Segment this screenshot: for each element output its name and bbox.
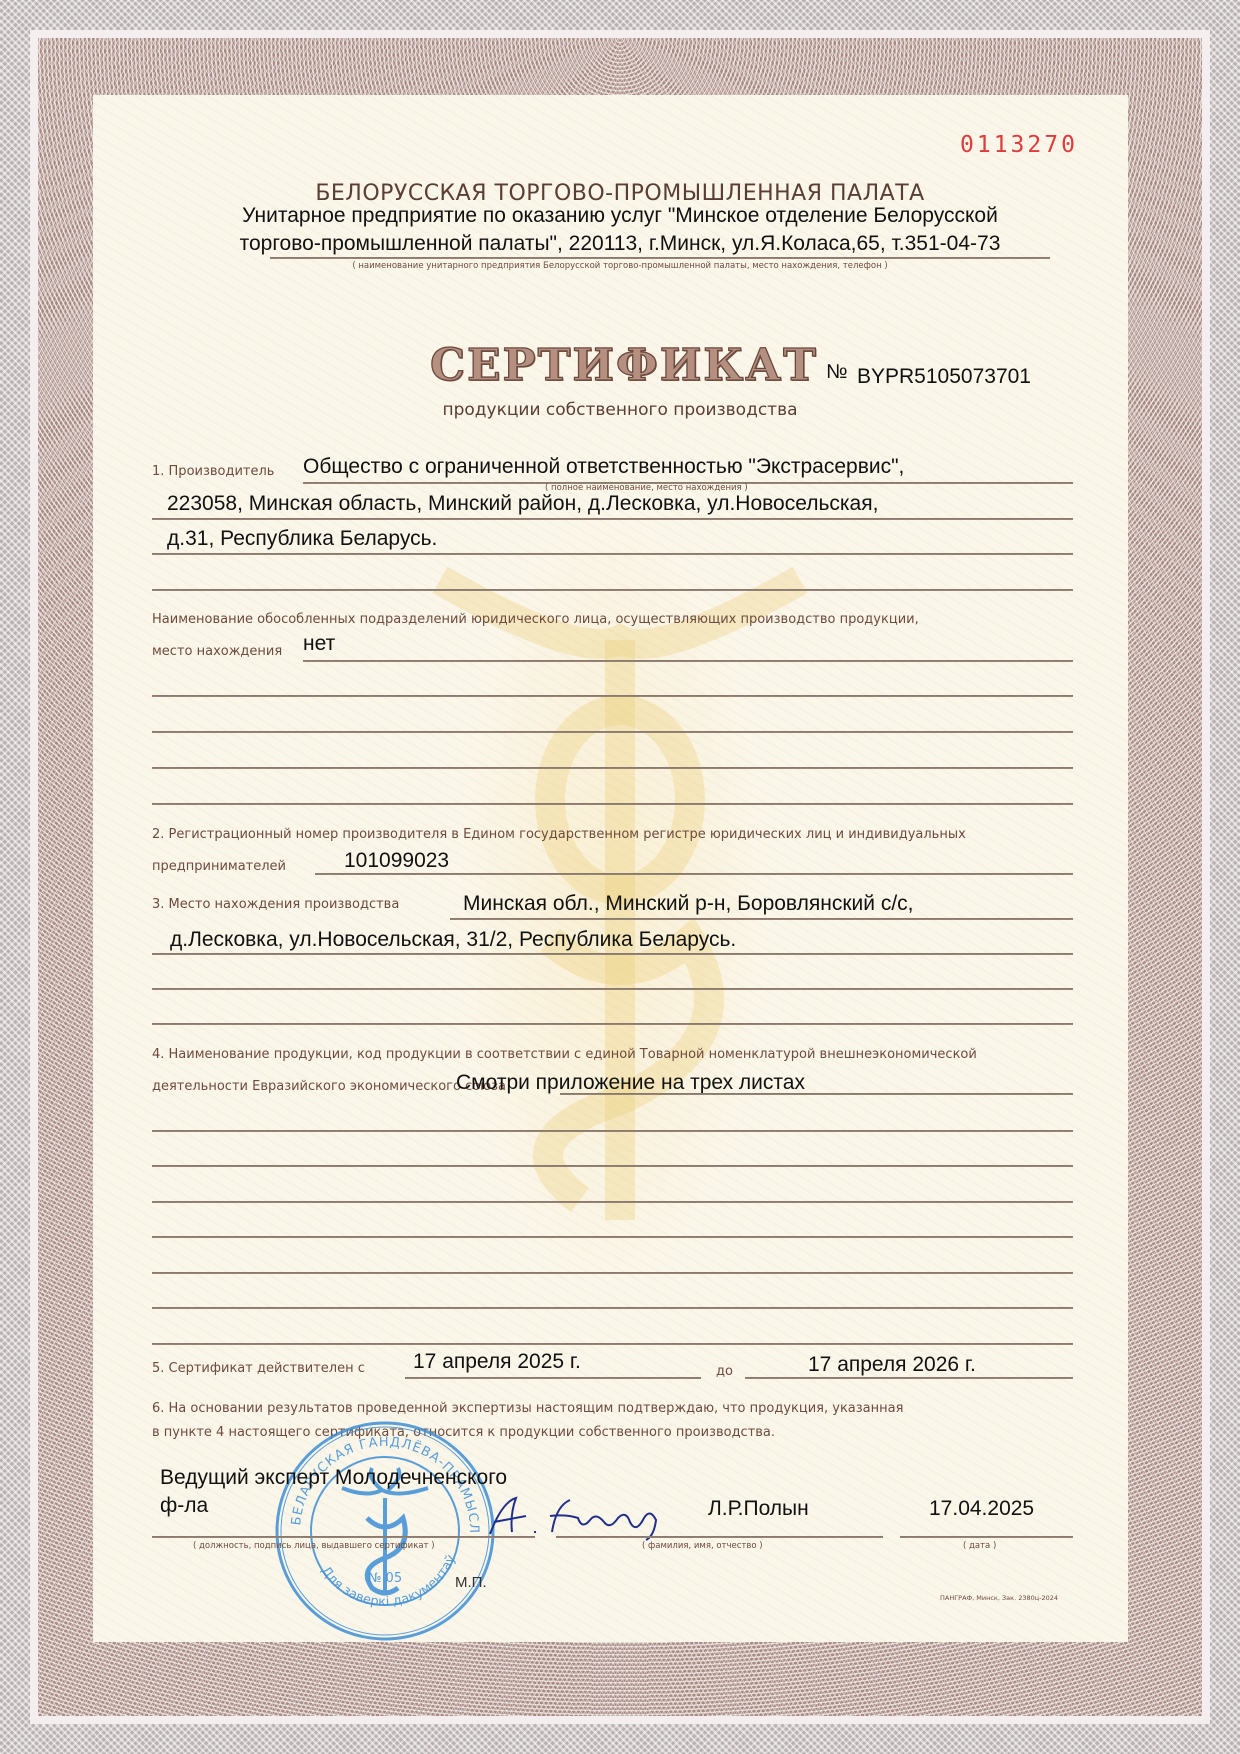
rule <box>152 553 1073 555</box>
subdivisions-value: нет <box>303 632 335 656</box>
rule <box>152 518 1073 520</box>
rule <box>560 1093 1073 1095</box>
registration-label-1: 2. Регистрационный номер производителя в… <box>152 827 966 842</box>
valid-to-label: до <box>716 1364 733 1379</box>
date-caption: ( дата ) <box>963 1541 996 1551</box>
subdivisions-label-1: Наименование обособленных подразделений … <box>152 612 919 627</box>
producer-line-1: Общество с ограниченной ответственностью… <box>303 455 904 479</box>
product-value: Смотри приложение на трех листах <box>456 1071 805 1095</box>
rule <box>556 1536 883 1538</box>
rule <box>405 1377 701 1379</box>
name-caption: ( фамилия, имя, отчество ) <box>642 1541 763 1551</box>
position-signature-caption: ( должность, подпись лица, выдавшего сер… <box>193 1541 435 1551</box>
rule <box>450 918 1073 920</box>
rule <box>745 1377 1073 1379</box>
subdivisions-label-2: место нахождения <box>152 644 282 659</box>
certificate-number: BYPR5105073701 <box>857 365 1031 389</box>
svg-text:№ 05: № 05 <box>368 1571 402 1586</box>
rule <box>152 589 1073 591</box>
rule <box>152 988 1073 990</box>
valid-from-date: 17 апреля 2025 г. <box>413 1350 581 1374</box>
organization-line-1: Унитарное предприятие по оказанию услуг … <box>0 204 1240 228</box>
rule <box>152 767 1073 769</box>
watermark-emblem-icon <box>380 520 860 1240</box>
organization-underline <box>270 257 1050 259</box>
seal-place-mark: М.П. <box>455 1574 487 1591</box>
rule <box>152 695 1073 697</box>
producer-label: 1. Производитель <box>152 464 274 479</box>
validity-label: 5. Сертификат действителен с <box>152 1361 365 1376</box>
signer-name: Л.Р.Полын <box>708 1497 809 1521</box>
printer-imprint: ПАНГРАФ, Минск, Зак. 2380ц-2024 <box>940 1594 1058 1602</box>
rule <box>152 731 1073 733</box>
rule <box>152 1130 1073 1132</box>
product-label-1: 4. Наименование продукции, код продукции… <box>152 1047 977 1062</box>
production-site-label: 3. Место нахождения производства <box>152 897 399 912</box>
handwritten-signature-icon <box>486 1492 666 1542</box>
certificate-title: СЕРТИФИКАТ <box>430 340 818 391</box>
rule <box>152 1023 1073 1025</box>
valid-to-date: 17 апреля 2026 г. <box>808 1353 976 1377</box>
registration-label-2: предпринимателей <box>152 859 286 874</box>
registration-number: 101099023 <box>344 849 449 873</box>
signature-date: 17.04.2025 <box>929 1497 1034 1521</box>
organization-caption: ( наименование унитарного предприятия Бе… <box>0 261 1240 271</box>
signer-position-line-2: ф-ла <box>160 1494 208 1518</box>
rule <box>152 1165 1073 1167</box>
rule <box>152 1343 1073 1345</box>
rule <box>152 953 1073 955</box>
product-label-2: деятельности Евразийского экономического… <box>152 1079 506 1094</box>
serial-number: 0113270 <box>960 132 1078 158</box>
organization-line-2: торгово-промышленной палаты", 220113, г.… <box>0 232 1240 256</box>
confirmation-line-1: 6. На основании результатов проведенной … <box>152 1401 903 1416</box>
producer-line-3: д.31, Республика Беларусь. <box>167 527 437 551</box>
signer-position-line-1: Ведущий эксперт Молодечненского <box>160 1466 507 1490</box>
rule <box>900 1536 1073 1538</box>
rule <box>152 1236 1073 1238</box>
production-site-line-2: д.Лесковка, ул.Новосельская, 31/2, Респу… <box>170 928 736 952</box>
chamber-title: БЕЛОРУССКАЯ ТОРГОВО-ПРОМЫШЛЕННАЯ ПАЛАТА <box>0 181 1240 206</box>
rule <box>152 803 1073 805</box>
rule <box>152 1201 1073 1203</box>
rule <box>303 660 1073 662</box>
rule <box>152 1272 1073 1274</box>
official-stamp-icon: БЕЛАРУСКАЯ ГАНДЛЁВА-ПРАМЫСЛОВАЯ ПАЛАТА Д… <box>272 1418 498 1644</box>
certificate-subtitle: продукции собственного производства <box>0 400 1240 420</box>
producer-line-2: 223058, Минская область, Минский район, … <box>167 492 878 516</box>
rule <box>315 873 1073 875</box>
rule <box>152 1307 1073 1309</box>
number-sign: № <box>826 361 847 384</box>
rule <box>152 1536 535 1538</box>
production-site-line-1: Минская обл., Минский р-н, Боровлянский … <box>463 892 914 916</box>
